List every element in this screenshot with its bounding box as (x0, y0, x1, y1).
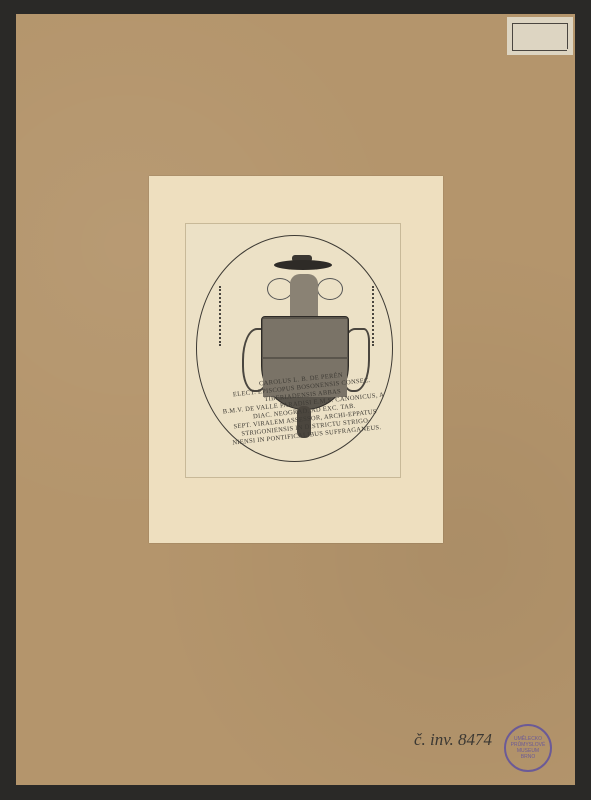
oval-border: CAROLUS L. B. DE PERÉN ELECT. EPISCOPUS … (196, 235, 393, 462)
corner-label (507, 17, 573, 55)
angel-wing-right-icon (317, 278, 343, 300)
shield-quarter-icon (305, 319, 347, 357)
shield-quarter-icon (263, 319, 305, 357)
angel-figure-icon (290, 274, 318, 320)
museum-stamp: UMĚLECKO PRŮMYSLOVÉ MUSEUM BRNO (504, 724, 552, 772)
label-frame-edge (512, 23, 568, 49)
inventory-number: č. inv. 8474 (414, 730, 492, 750)
galero-hat-icon (274, 260, 332, 270)
bookplate-card: CAROLUS L. B. DE PERÉN ELECT. EPISCOPUS … (149, 176, 443, 543)
tassel-left-icon (219, 286, 241, 346)
stamp-line: BRNO (521, 754, 535, 760)
inscription: CAROLUS L. B. DE PERÉN ELECT. EPISCOPUS … (216, 367, 392, 448)
plate-mark: CAROLUS L. B. DE PERÉN ELECT. EPISCOPUS … (185, 223, 401, 478)
tassel-right-icon (372, 286, 394, 346)
